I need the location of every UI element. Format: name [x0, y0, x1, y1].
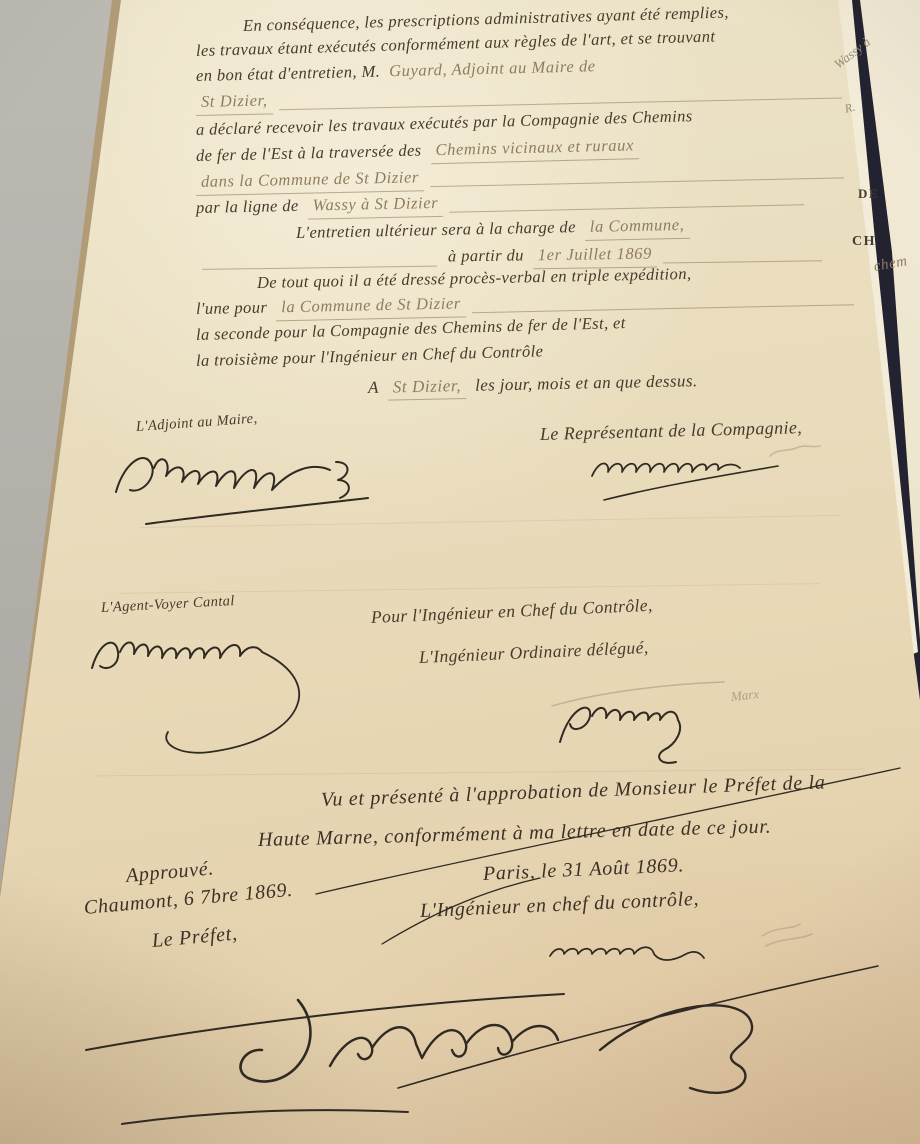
text-segment: L'entretien ultérieur sera à la charge d… [296, 217, 576, 243]
ruled-fill-line [663, 260, 822, 263]
text-segment: les jour, mois et an que dessus. [475, 370, 698, 396]
text-segment: St Dizier, [196, 90, 273, 115]
text-segment: DE [858, 186, 879, 202]
text-segment: Marx [730, 686, 760, 705]
text-segment: Wassy à St Dizier [307, 193, 443, 219]
text-segment: de fer de l'Est à la traversée des [196, 140, 422, 166]
text-segment: l'une pour [196, 298, 268, 320]
text-segment: dans la Commune de St Dizier [196, 167, 424, 195]
second-sheet-print-ch: CH [852, 233, 876, 251]
manuscript-photo: En conséquence, les prescriptions admini… [0, 0, 920, 1144]
text-segment: CH [852, 233, 876, 251]
text-segment: par la ligne de [196, 196, 299, 219]
text-segment: A [368, 377, 379, 398]
text-segment: à partir du [448, 245, 524, 267]
second-sheet-print-de: DE [858, 186, 879, 202]
text-segment: la Commune de St Dizier [276, 293, 466, 321]
ruled-fill-line [202, 265, 437, 269]
pencil-note-marx: Marx [730, 686, 760, 705]
text-segment: St Dizier, [388, 375, 467, 401]
text-segment: la Commune, [585, 215, 690, 241]
